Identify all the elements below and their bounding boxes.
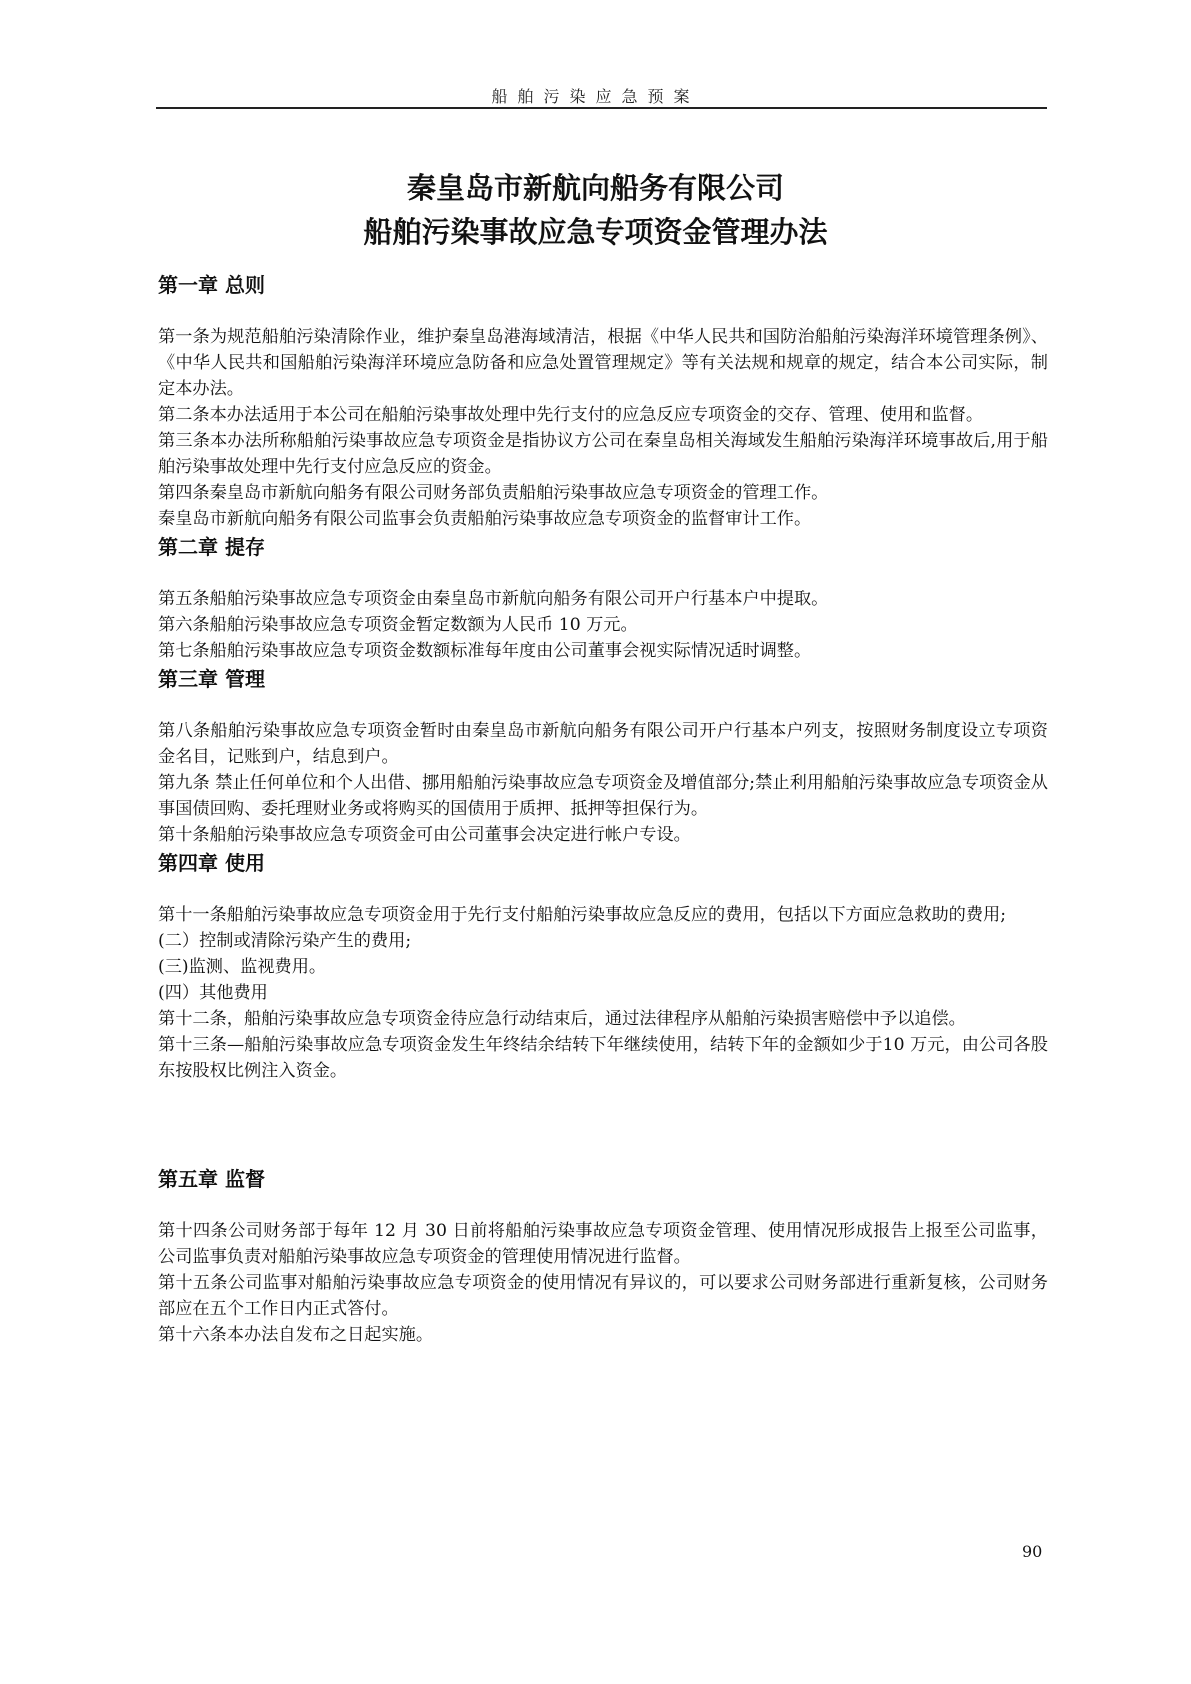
document-body: 第一章 总则 第一条为规范船舶污染清除作业，维护秦皇岛港海域清洁，根据《中华人民… bbox=[158, 270, 1048, 1348]
chapter-2: 第二章 提存 第五条船舶污染事故应急专项资金由秦皇岛市新航向船务有限公司开户行基… bbox=[158, 532, 1048, 664]
article-15: 第十五条公司监事对船舶污染事故应急专项资金的使用情况有异议的，可以要求公司财务部… bbox=[158, 1270, 1048, 1322]
article-7: 第七条船舶污染事故应急专项资金数额标准每年度由公司董事会视实际情况适时调整。 bbox=[158, 638, 1048, 664]
article-13: 第十三条—船舶污染事故应急专项资金发生年终结余结转下年继续使用，结转下年的金额如… bbox=[158, 1032, 1048, 1084]
chapter-heading: 第一章 总则 bbox=[158, 270, 1048, 300]
article-12: 第十二条，船舶污染事故应急专项资金待应急行动结束后，通过法律程序从船舶污染损害赔… bbox=[158, 1006, 1048, 1032]
article-2: 第二条本办法适用于本公司在船舶污染事故处理中先行支付的应急反应专项资金的交存、管… bbox=[158, 402, 1048, 428]
article-16: 第十六条本办法自发布之日起实施。 bbox=[158, 1322, 1048, 1348]
chapter-4: 第四章 使用 第十一条船舶污染事故应急专项资金用于先行支付船舶污染事故应急反应的… bbox=[158, 848, 1048, 1084]
article-4: 第四条秦皇岛市新航向船务有限公司财务部负责船舶污染事故应急专项资金的管理工作。 bbox=[158, 480, 1048, 506]
article-14: 第十四条公司财务部于每年 12 月 30 日前将船舶污染事故应急专项资金管理、使… bbox=[158, 1218, 1048, 1270]
chapter-5: 第五章 监督 第十四条公司财务部于每年 12 月 30 日前将船舶污染事故应急专… bbox=[158, 1164, 1048, 1348]
article-3: 第三条本办法所称船舶污染事故应急专项资金是指协议方公司在秦皇岛相关海域发生船舶污… bbox=[158, 428, 1048, 480]
chapter-1: 第一章 总则 第一条为规范船舶污染清除作业，维护秦皇岛港海域清洁，根据《中华人民… bbox=[158, 270, 1048, 532]
list-item-3: (三)监测、监视费用。 bbox=[158, 954, 1048, 980]
article-9: 第九条 禁止任何单位和个人出借、挪用船舶污染事故应急专项资金及增值部分;禁止利用… bbox=[158, 770, 1048, 822]
header-rule bbox=[156, 107, 1047, 109]
title-regulation: 船舶污染事故应急专项资金管理办法 bbox=[0, 210, 1191, 254]
article-10: 第十条船舶污染事故应急专项资金可由公司董事会决定进行帐户专设。 bbox=[158, 822, 1048, 848]
page-number: 90 bbox=[1022, 1542, 1042, 1561]
article-8: 第八条船舶污染事故应急专项资金暂时由秦皇岛市新航向船务有限公司开户行基本户列支，… bbox=[158, 718, 1048, 770]
article-11: 第十一条船舶污染事故应急专项资金用于先行支付船舶污染事故应急反应的费用，包括以下… bbox=[158, 902, 1048, 928]
title-company: 秦皇岛市新航向船务有限公司 bbox=[0, 166, 1191, 210]
article-4-supplement: 秦皇岛市新航向船务有限公司监事会负责船舶污染事故应急专项资金的监督审计工作。 bbox=[158, 506, 1048, 532]
running-header: 船舶污染应急预案 bbox=[0, 84, 1191, 107]
list-item-2: (二）控制或清除污染产生的费用; bbox=[158, 928, 1048, 954]
article-1: 第一条为规范船舶污染清除作业，维护秦皇岛港海域清洁，根据《中华人民共和国防治船舶… bbox=[158, 324, 1048, 402]
list-item-4: (四）其他费用 bbox=[158, 980, 1048, 1006]
chapter-heading: 第三章 管理 bbox=[158, 664, 1048, 694]
document-title: 秦皇岛市新航向船务有限公司 船舶污染事故应急专项资金管理办法 bbox=[0, 166, 1191, 254]
article-5: 第五条船舶污染事故应急专项资金由秦皇岛市新航向船务有限公司开户行基本户中提取。 bbox=[158, 586, 1048, 612]
article-6: 第六条船舶污染事故应急专项资金暂定数额为人民币 10 万元。 bbox=[158, 612, 1048, 638]
spacer bbox=[158, 1084, 1048, 1164]
chapter-heading: 第二章 提存 bbox=[158, 532, 1048, 562]
chapter-heading: 第五章 监督 bbox=[158, 1164, 1048, 1194]
chapter-3: 第三章 管理 第八条船舶污染事故应急专项资金暂时由秦皇岛市新航向船务有限公司开户… bbox=[158, 664, 1048, 848]
chapter-heading: 第四章 使用 bbox=[158, 848, 1048, 878]
